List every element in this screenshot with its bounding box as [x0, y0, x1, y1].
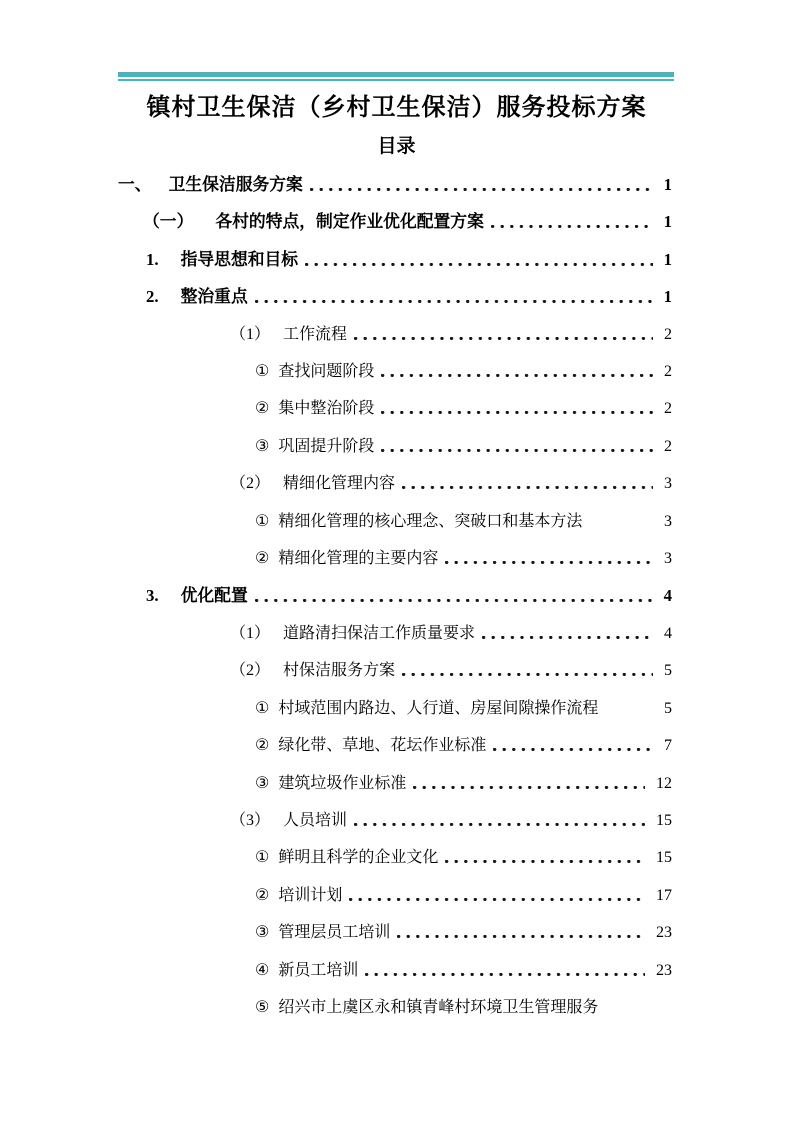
toc-entry-number: 3. [146, 577, 159, 614]
toc-entry[interactable]: （1） 工作流程 2 [118, 316, 672, 353]
toc-entry-number: ④ [255, 952, 269, 989]
toc-entry-page: 23 [656, 952, 672, 989]
toc-entry-title: 人员培训 [283, 802, 347, 839]
toc-entry[interactable]: ① 鲜明且科学的企业文化 15 [118, 839, 672, 876]
toc-entry-page: 2 [664, 316, 672, 353]
toc-entry-title: 建筑垃圾作业标准 [278, 765, 406, 802]
toc-entry-number: ① [255, 503, 269, 540]
toc-entry-title: 各村的特点，制定作业优化配置方案 [215, 203, 484, 240]
toc-entry-title: 工作流程 [283, 316, 347, 353]
toc-entry[interactable]: ⑤ 绍兴市上虞区永和镇青峰村环境卫生管理服务 [118, 989, 672, 1026]
toc-entry[interactable]: （2） 精细化管理内容 3 [118, 465, 672, 502]
toc-entry-page: 5 [664, 652, 672, 689]
toc-entry-title: 绿化带、草地、花坛作业标准 [278, 727, 486, 764]
toc-entry-page: 3 [664, 540, 672, 577]
toc-entry-title: 绍兴市上虞区永和镇青峰村环境卫生管理服务 [278, 989, 598, 1026]
toc-entry-title: 优化配置 [181, 577, 248, 614]
page-title: 镇村卫生保洁（乡村卫生保洁）服务投标方案 [0, 92, 793, 124]
toc-entry-number: 2. [146, 278, 159, 315]
toc-entry[interactable]: 一、 卫生保洁服务方案 1 [118, 166, 672, 203]
toc-entry[interactable]: ② 绿化带、草地、花坛作业标准 7 [118, 727, 672, 764]
toc-entry-page: 1 [664, 241, 672, 278]
toc-entry-number: ② [255, 390, 269, 427]
toc-entry-number: ③ [255, 428, 269, 465]
toc-entry-page: 1 [664, 278, 672, 315]
toc-entry-title: 新员工培训 [278, 952, 358, 989]
toc-entry-number: ② [255, 877, 269, 914]
toc-entry-page: 2 [664, 390, 672, 427]
toc-entry-title: 集中整治阶段 [278, 390, 374, 427]
toc-entry[interactable]: （3） 人员培训 15 [118, 802, 672, 839]
toc-entry-title: 整治重点 [181, 278, 248, 315]
toc-entry-title: 指导思想和目标 [181, 241, 298, 278]
toc-entry-page: 23 [656, 914, 672, 951]
toc-entry-page: 7 [664, 727, 672, 764]
toc-entry[interactable]: ② 培训计划 17 [118, 877, 672, 914]
toc-entry[interactable]: 1. 指导思想和目标 1 [118, 241, 672, 278]
toc-entry[interactable]: （2） 村保洁服务方案 5 [118, 652, 672, 689]
header-rule [118, 72, 674, 81]
toc-entry-page: 1 [664, 166, 672, 203]
toc-entry[interactable]: ② 精细化管理的主要内容 3 [118, 540, 672, 577]
toc-entry[interactable]: 2. 整治重点 1 [118, 278, 672, 315]
toc-entry-number: ② [255, 727, 269, 764]
toc-entry-page: 4 [664, 577, 672, 614]
toc-entry-title: 培训计划 [278, 877, 342, 914]
toc-entry-page: 17 [656, 877, 672, 914]
toc-list: 一、 卫生保洁服务方案 1 （一） 各村的特点，制定作业优化配置方案 1 1. … [0, 166, 793, 1026]
toc-entry-number: ① [255, 839, 269, 876]
toc-entry-number: 一、 [118, 166, 152, 203]
toc-entry-page: 5 [664, 690, 672, 727]
toc-entry-title: 道路清扫保洁工作质量要求 [283, 615, 475, 652]
toc-entry-number: （2） [230, 652, 270, 689]
toc-entry-number: ③ [255, 914, 269, 951]
toc-entry[interactable]: （1） 道路清扫保洁工作质量要求 4 [118, 615, 672, 652]
toc-entry-page: 15 [656, 802, 672, 839]
toc-entry-title: 村域范围内路边、人行道、房屋间隙操作流程 [278, 690, 598, 727]
toc-entry-title: 精细化管理内容 [283, 465, 395, 502]
toc-entry-page: 2 [664, 428, 672, 465]
toc-entry[interactable]: （一） 各村的特点，制定作业优化配置方案 1 [118, 203, 672, 240]
toc-entry-title: 巩固提升阶段 [278, 428, 374, 465]
toc-entry-number: （1） [230, 316, 270, 353]
toc-entry-number: （3） [230, 802, 270, 839]
toc-entry-number: 1. [146, 241, 159, 278]
toc-entry-page: 1 [664, 203, 672, 240]
toc-entry-number: ⑤ [255, 989, 269, 1026]
toc-entry-number: ② [255, 540, 269, 577]
toc-entry-page: 3 [664, 465, 672, 502]
toc-entry-number: （2） [230, 465, 270, 502]
toc-entry-number: ① [255, 690, 269, 727]
toc-entry-title: 卫生保洁服务方案 [169, 166, 303, 203]
toc-entry-title: 管理层员工培训 [278, 914, 390, 951]
toc-entry-number: ③ [255, 765, 269, 802]
toc-entry[interactable]: ① 村域范围内路边、人行道、房屋间隙操作流程 5 [118, 690, 672, 727]
toc-entry-title: 村保洁服务方案 [283, 652, 395, 689]
toc-entry[interactable]: ① 精细化管理的核心理念、突破口和基本方法 3 [118, 503, 672, 540]
header-rule-thin [118, 79, 674, 81]
toc-entry-title: 查找问题阶段 [278, 353, 374, 390]
toc-entry-number: ① [255, 353, 269, 390]
toc-entry[interactable]: ③ 建筑垃圾作业标准 12 [118, 765, 672, 802]
toc-entry-title: 鲜明且科学的企业文化 [278, 839, 438, 876]
toc-entry-page: 15 [656, 839, 672, 876]
toc-entry-page: 4 [664, 615, 672, 652]
toc-entry[interactable]: ③ 巩固提升阶段 2 [118, 428, 672, 465]
toc-entry-title: 精细化管理的主要内容 [278, 540, 438, 577]
toc-entry-number: （一） [143, 203, 193, 240]
toc-entry[interactable]: ③ 管理层员工培训 23 [118, 914, 672, 951]
toc-heading: 目录 [0, 134, 793, 160]
toc-entry[interactable]: ④ 新员工培训 23 [118, 952, 672, 989]
toc-entry-title: 精细化管理的核心理念、突破口和基本方法 [278, 503, 582, 540]
document-page: 镇村卫生保洁（乡村卫生保洁）服务投标方案 目录 一、 卫生保洁服务方案 1 （一… [0, 0, 793, 1122]
toc-entry-page: 2 [664, 353, 672, 390]
toc-entry-page: 12 [656, 765, 672, 802]
toc-entry[interactable]: 3. 优化配置 4 [118, 577, 672, 614]
toc-entry-page: 3 [664, 503, 672, 540]
toc-entry[interactable]: ① 查找问题阶段 2 [118, 353, 672, 390]
toc-entry-number: （1） [230, 615, 270, 652]
toc-entry[interactable]: ② 集中整治阶段 2 [118, 390, 672, 427]
